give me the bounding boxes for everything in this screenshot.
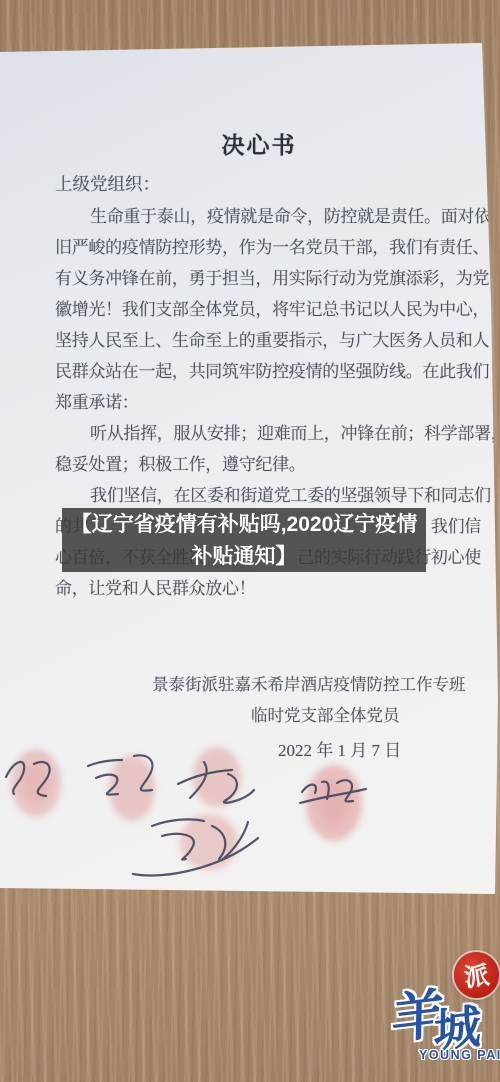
caption-line2: 补贴通知】 [62,541,426,573]
photo: 决心书 上级党组织： 生命重于泰山，疫情就是命令，防控就是责任。面对依旧严峻的疫… [0,0,500,1082]
document-title: 决心书 [0,127,500,160]
signoff-org-line: 景泰街派驻嘉禾希岸酒店疫情防控工作专班 [152,671,466,695]
document-line: 听从指挥，服从安排；迎难而上，冲锋在前；科学部署， [55,418,481,449]
document-line: 旧严峻的疫情防控形势，作为一名党员干部，我们有责任、 [55,232,481,263]
document-line: 命，让党和人民群众放心！ [55,573,481,604]
fingerprint-marks [11,747,362,870]
seal-char: 派 [462,955,492,994]
document-salutation: 上级党组织： [55,171,160,196]
document-line: 我们坚信，在区委和街道党工委的坚强领导下和同志们 [55,480,481,511]
document-line: 坚持人民至上、生命至上的重要指示，与广大医务人员和人 [55,325,481,356]
document-line: 民群众站在一起，共同筑牢防控疫情的坚强防线。在此我们 [55,356,481,387]
caption-line1: 【辽宁省疫情有补贴吗,2020辽宁疫情 [62,509,426,541]
signoff-branch-line: 临时党支部全体党员 [251,702,400,726]
youngpai-watermark: 羊 城 派 YOUNG PAI [390,950,500,1082]
document-line: 稳妥处置；积极工作，遵守纪律。 [55,449,481,480]
document-line: 徽增光！我们支部全体党员，将牢记总书记以人民为中心， [55,294,481,325]
document-line: 郑重承诺： [55,387,481,418]
caption-overlay: 【辽宁省疫情有补贴吗,2020辽宁疫情 补贴通知】 [62,508,426,572]
document-line: 有义务冲锋在前，勇于担当，用实际行动为党旗添彩，为党 [55,263,481,294]
signatures-and-fingerprints [0,728,500,900]
document-line: 生命重于泰山，疫情就是命令，防控就是责任。面对依 [55,201,481,232]
brand-english-label: YOUNG PAI [419,1048,500,1062]
